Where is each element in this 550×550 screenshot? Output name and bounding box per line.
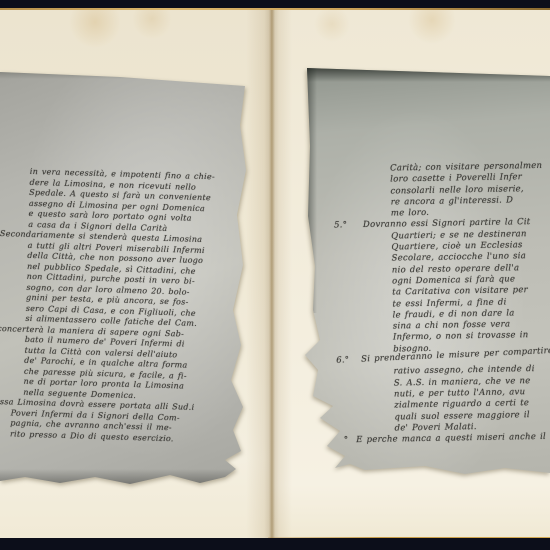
left-manuscript-photo: in vera necessità, e impotenti fino a ch… bbox=[0, 65, 252, 489]
left-page: in vera necessità, e impotenti fino a ch… bbox=[0, 10, 272, 538]
book-gutter-crease bbox=[269, 10, 275, 538]
right-manuscript-photo: Carità; con visitare personalmenloro cas… bbox=[305, 66, 550, 478]
left-photo-paper: in vera necessità, e impotenti fino a ch… bbox=[0, 65, 252, 489]
right-photo-paper: Carità; con visitare personalmenloro cas… bbox=[305, 66, 550, 478]
cover-band-bottom bbox=[0, 538, 550, 550]
right-handwritten-text: Carità; con visitare personalmenloro cas… bbox=[305, 161, 550, 448]
photo-torn-edge-bottom bbox=[0, 469, 252, 489]
book-spread-photograph: in vera necessità, e impotenti fino a ch… bbox=[0, 0, 550, 550]
photo-torn-edge-top bbox=[0, 65, 252, 79]
left-handwritten-text: in vera necessità, e impotenti fino a ch… bbox=[0, 166, 252, 446]
right-page: Carità; con visitare personalmenloro cas… bbox=[272, 10, 550, 538]
photo-dark-edge-top bbox=[305, 66, 550, 82]
